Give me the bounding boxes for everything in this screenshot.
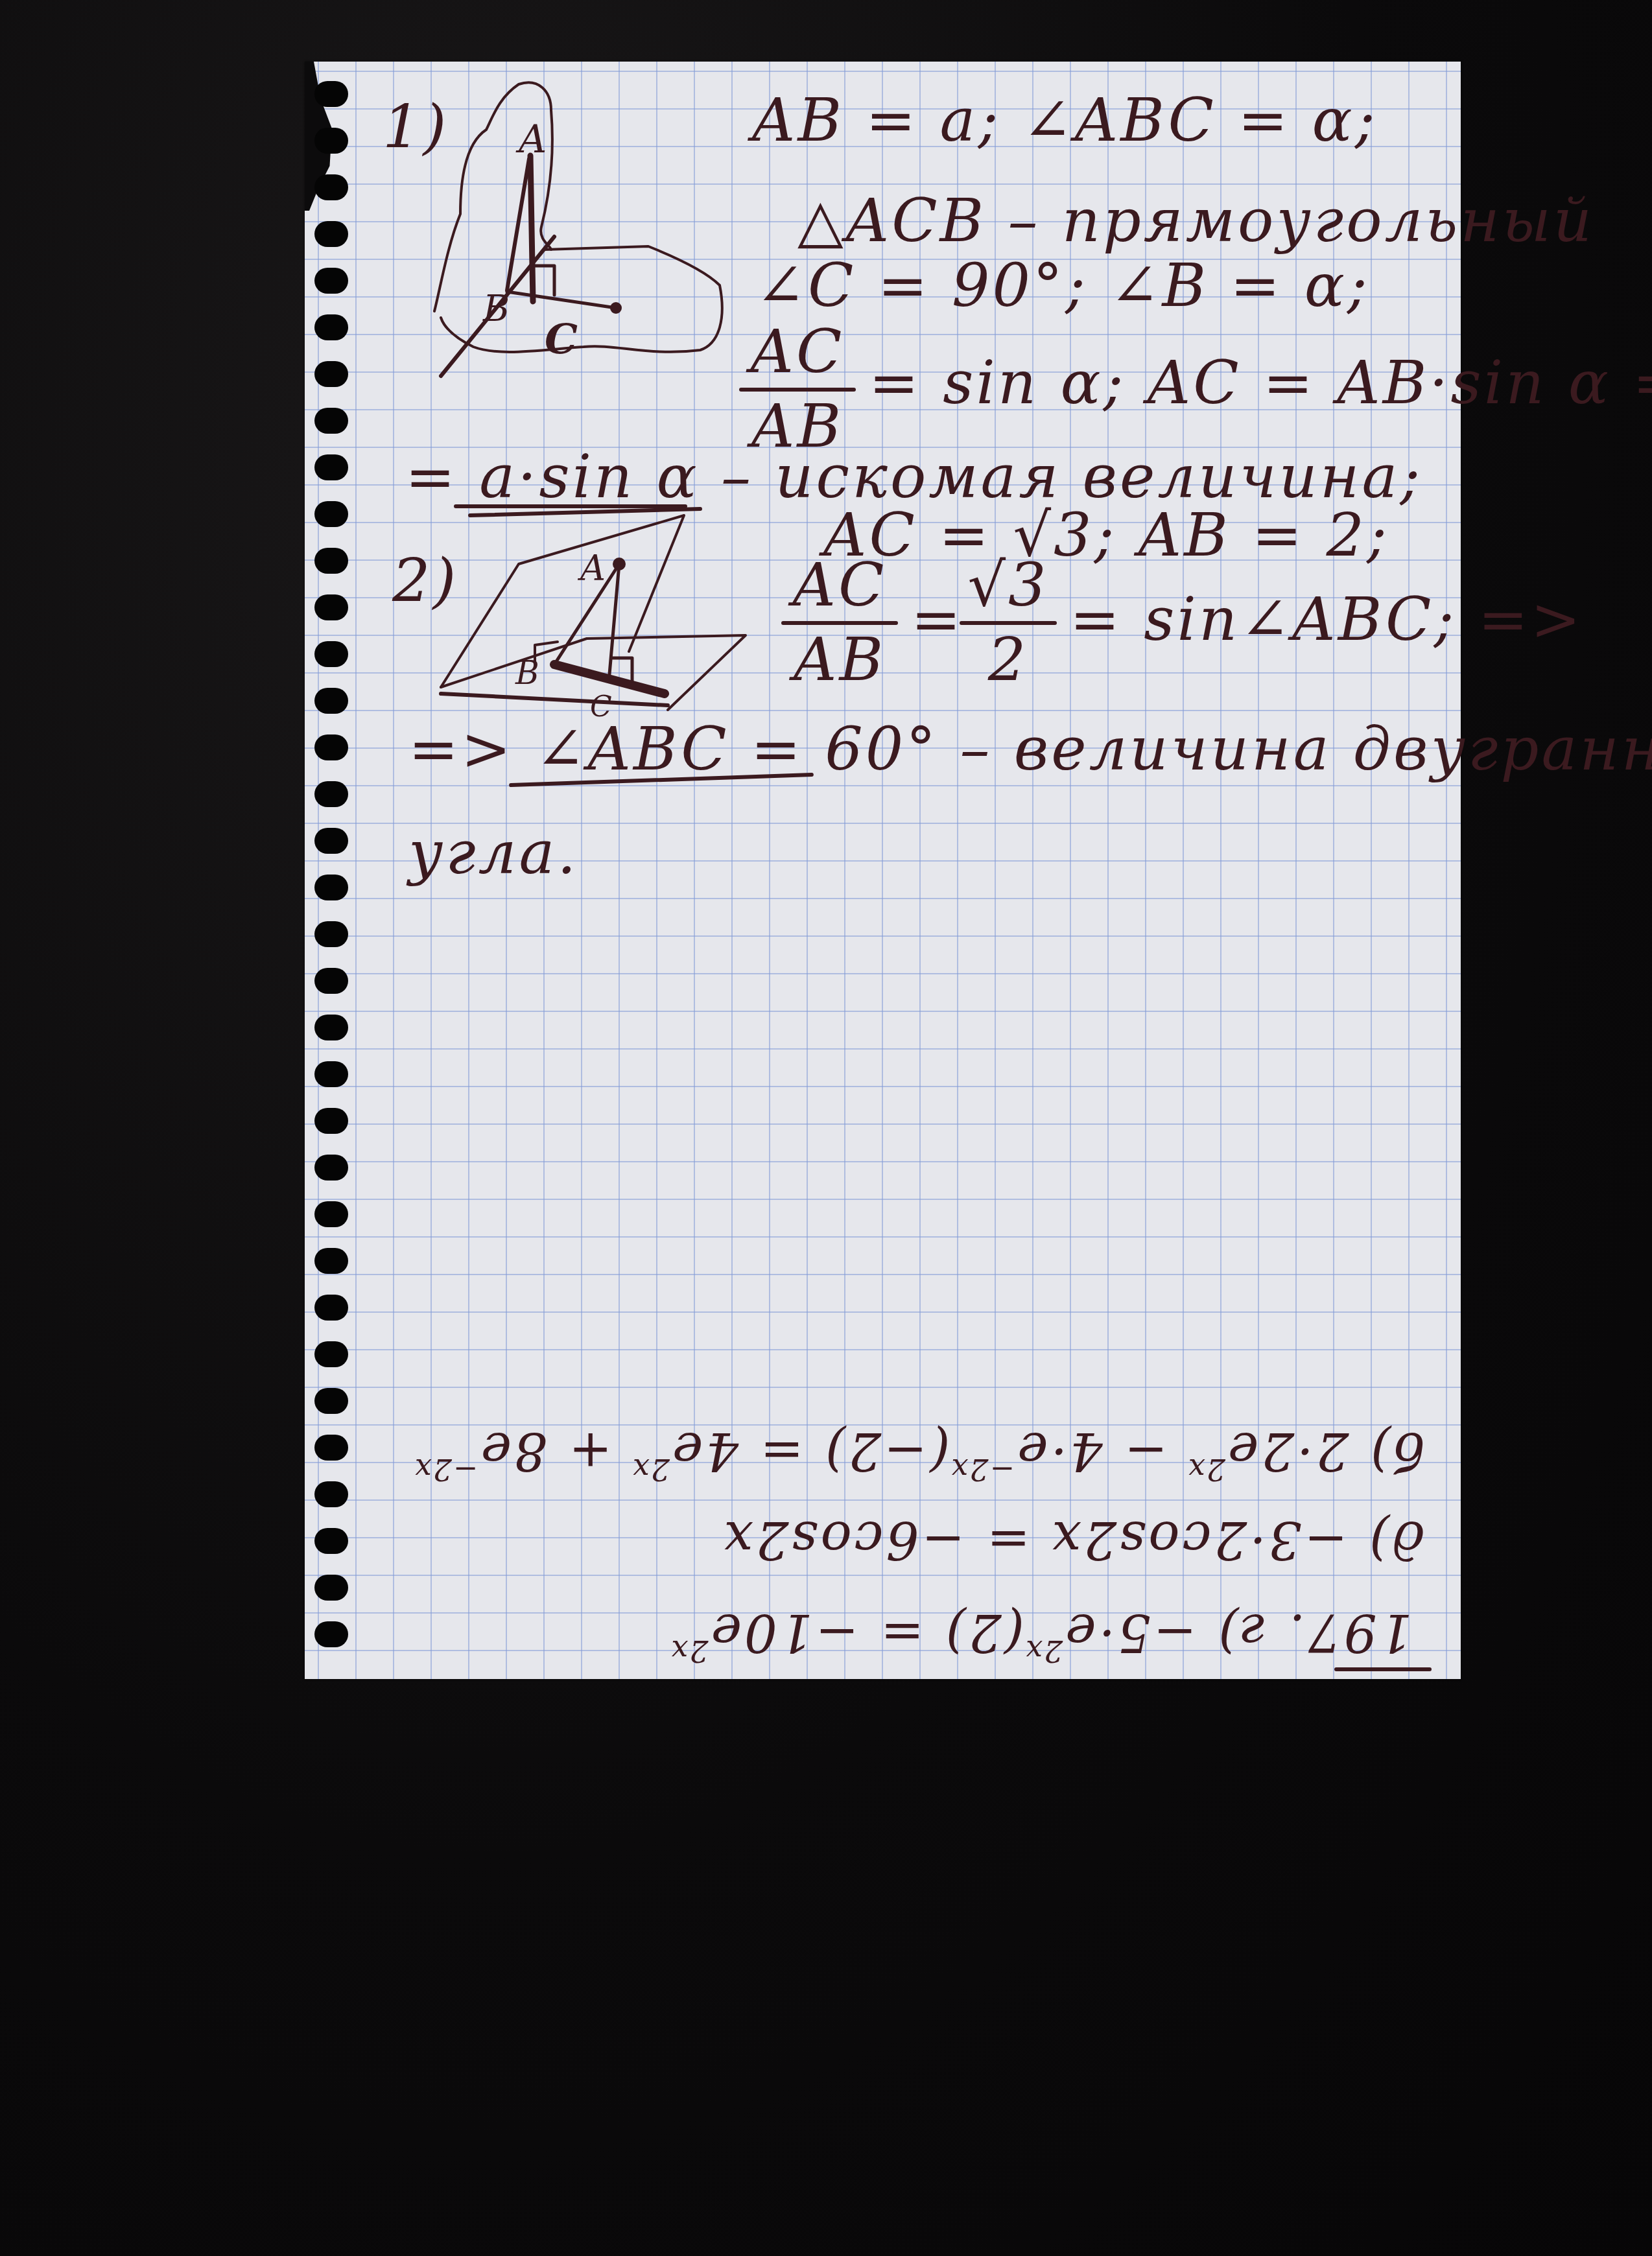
exercise-number-overline bbox=[1334, 1667, 1432, 1671]
spiral-hole bbox=[314, 1015, 348, 1040]
exponent: 2x bbox=[1024, 1634, 1063, 1669]
fraction-ac-ab-2: AC AB bbox=[781, 554, 898, 691]
derivative-d: д) −3·2cos2x = −6cos2x bbox=[721, 1514, 1425, 1566]
spiral-hole bbox=[314, 734, 348, 760]
exponent: 2x bbox=[631, 1452, 670, 1487]
fraction-numerator: √3 bbox=[960, 554, 1057, 617]
angle-values: ∠C = 90°; ∠B = α; bbox=[755, 256, 1370, 316]
spiral-hole bbox=[314, 1108, 348, 1134]
given-ac-ab: AC = √3; AB = 2; bbox=[823, 506, 1389, 565]
label-a: A bbox=[515, 117, 547, 162]
fraction-ac-ab-1: AC AB bbox=[739, 321, 856, 458]
top-edge bbox=[470, 509, 700, 515]
fraction-numerator: AC bbox=[781, 554, 898, 617]
answer-2: => ∠ABC = 60° – величина двугранного bbox=[408, 720, 1652, 779]
segment-ac bbox=[530, 156, 533, 301]
equals-sign: = bbox=[911, 590, 963, 650]
spiral-hole bbox=[314, 1201, 348, 1227]
fraction-numerator: AC bbox=[739, 321, 856, 384]
expr: − 4·e bbox=[1015, 1421, 1187, 1481]
spiral-hole bbox=[314, 781, 348, 807]
label-c: C bbox=[545, 315, 578, 364]
spiral-hole bbox=[314, 921, 348, 947]
problem-2-diagram: A B C bbox=[441, 499, 778, 694]
fraction-denominator: 2 bbox=[960, 629, 1057, 692]
answer-1: = a·sin α – искомая величина; bbox=[405, 447, 1422, 507]
exercise-label-d: д) bbox=[1367, 1510, 1425, 1570]
label-a: A bbox=[577, 548, 606, 589]
spiral-hole bbox=[314, 1155, 348, 1181]
spiral-hole bbox=[314, 454, 348, 480]
spiral-hole bbox=[314, 594, 348, 620]
sin-relation: = sin α; AC = AB·sin α = bbox=[869, 353, 1652, 413]
answer-2-end: угла. bbox=[408, 823, 579, 883]
spiral-hole bbox=[314, 688, 348, 714]
fraction-denominator: AB bbox=[781, 629, 898, 692]
fraction-bar bbox=[739, 388, 856, 392]
exponent: −2x bbox=[950, 1452, 1015, 1487]
given-ab-angle: AB = a; ∠ABC = α; bbox=[752, 91, 1378, 150]
right-angle-mark bbox=[535, 266, 554, 295]
derivative-g: 197. г) −5·e2x(2) = −10e2x bbox=[670, 1606, 1432, 1666]
spiral-hole bbox=[314, 174, 348, 200]
spiral-hole bbox=[314, 268, 348, 294]
fraction-bar bbox=[960, 621, 1057, 625]
problem-1-diagram: A B C bbox=[421, 71, 772, 357]
exponent: 2x bbox=[670, 1634, 708, 1669]
slanted-plane bbox=[441, 515, 684, 687]
expr: −5·e bbox=[1063, 1603, 1197, 1663]
exponent: 2x bbox=[1187, 1452, 1225, 1487]
exponent: −2x bbox=[414, 1452, 478, 1487]
spiral-hole bbox=[314, 221, 348, 247]
spiral-hole bbox=[314, 828, 348, 854]
spiral-hole bbox=[314, 1061, 348, 1087]
fraction-bar bbox=[781, 621, 898, 625]
point-a bbox=[613, 558, 626, 570]
spiral-hole bbox=[314, 1248, 348, 1274]
expr: (−2) = 4e bbox=[670, 1421, 950, 1481]
spiral-hole bbox=[314, 875, 348, 900]
spiral-hole bbox=[314, 1295, 348, 1321]
spiral-hole bbox=[314, 314, 348, 340]
spiral-hole bbox=[314, 501, 348, 527]
fraction-sqrt3-2: √3 2 bbox=[960, 554, 1057, 691]
spiral-hole bbox=[314, 968, 348, 994]
right-triangle-statement: △ACB – прямоугольный bbox=[797, 191, 1594, 251]
spiral-hole bbox=[314, 361, 348, 387]
spiral-hole bbox=[314, 641, 348, 667]
upside-down-notes: 197. г) −5·e2x(2) = −10e2x д) −3·2cos2x … bbox=[305, 1387, 1461, 1679]
segment-bc bbox=[507, 292, 616, 308]
label-b: B bbox=[515, 654, 539, 692]
exercise-label-b: б) bbox=[1368, 1421, 1425, 1481]
derivative-b: б) 2·2e2x − 4·e−2x(−2) = 4e2x + 8e−2x bbox=[414, 1425, 1425, 1485]
expr: −3·2cos2x = −6cos2x bbox=[721, 1510, 1347, 1570]
spiral-hole bbox=[314, 128, 348, 154]
expr: 2·2e bbox=[1225, 1421, 1349, 1481]
exercise-label-197g: 197. г) bbox=[1216, 1603, 1412, 1663]
spiral-hole bbox=[314, 1341, 348, 1367]
spiral-hole bbox=[314, 81, 348, 107]
sin-angle-abc: = sin∠ABC; => bbox=[1070, 590, 1583, 650]
spiral-hole bbox=[314, 548, 348, 574]
label-b: B bbox=[482, 288, 510, 330]
expr: + 8e bbox=[478, 1421, 631, 1481]
expr: (2) = −10e bbox=[709, 1603, 1024, 1663]
point-marker bbox=[610, 302, 622, 314]
spiral-hole bbox=[314, 408, 348, 434]
